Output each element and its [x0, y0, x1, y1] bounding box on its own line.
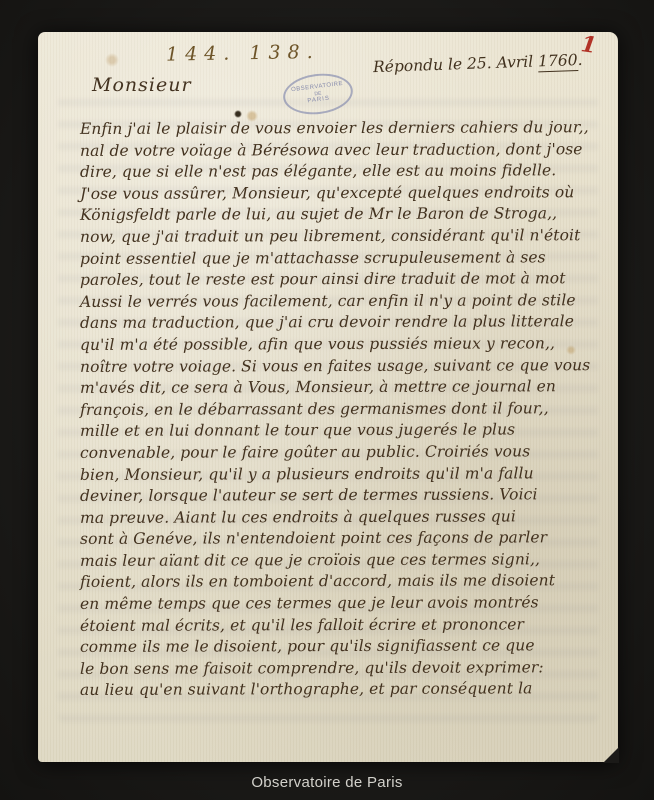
handwritten-line: J'ose vous assûrer, Monsieur, qu'excepté… — [80, 182, 617, 205]
handwritten-line: Enfin j'ai le plaisir de vous envoier le… — [80, 117, 617, 140]
handwritten-line: paroles, tout le reste est pour ainsi di… — [80, 268, 617, 291]
handwritten-line: mais leur aïant dit ce que je croïois qu… — [80, 549, 617, 572]
handwritten-line: Königsfeldt parle de lui, au sujet de Mr… — [80, 203, 617, 226]
photo-caption: Observatoire de Paris — [0, 774, 654, 791]
handwritten-line: étoient mal écrits, et qu'il les falloit… — [80, 614, 617, 637]
handwritten-line: nal de votre voïage à Bérésowa avec leur… — [80, 139, 617, 162]
reply-annotation-text: Répondu le 25. Avril — [373, 52, 539, 76]
handwritten-line: françois, en le débarrassant des germani… — [80, 398, 617, 421]
handwritten-line: au lieu qu'en suivant l'orthographe, et … — [80, 679, 617, 702]
letter-body: Enfin j'ai le plaisir de vous envoier le… — [80, 118, 617, 701]
handwritten-line: Aussi le verrés vous facilement, car enf… — [80, 290, 617, 313]
salutation: Monsieur — [92, 74, 192, 96]
handwritten-line: le bon sens me faisoit comprendre, qu'il… — [80, 657, 617, 680]
handwritten-line: sont à Genéve, ils n'entendoient point c… — [80, 527, 617, 550]
handwritten-line: noître votre voiage. Si vous en faites u… — [80, 355, 617, 378]
archival-numbers: 144. 138. — [166, 40, 346, 65]
handwritten-line: mille et en lui donnant le tour que vous… — [80, 419, 617, 442]
handwritten-line: point essentiel que je m'attachasse scru… — [80, 247, 617, 270]
handwritten-line: en même temps que ces termes que je leur… — [80, 592, 617, 615]
handwritten-line: qu'il m'a été possible, afin que vous pu… — [80, 333, 617, 356]
handwritten-line: fioient, alors ils en tomboient d'accord… — [80, 571, 617, 594]
handwritten-line: convenable, pour le faire goûter au publ… — [80, 441, 617, 464]
reply-annotation-year: 1760 — [538, 51, 578, 72]
handwritten-line: now, que j'ai traduit un peu librement, … — [80, 225, 617, 248]
reply-annotation: Répondu le 25. Avril 1760. — [373, 50, 613, 76]
handwritten-line: dire, que si elle n'est pas élégante, el… — [80, 160, 617, 183]
handwritten-line: deviner, lorsque l'auteur se sert de ter… — [80, 484, 617, 507]
handwritten-line: bien, Monsieur, qu'il y a plusieurs endr… — [80, 463, 617, 486]
handwritten-line: m'avés dit, ce sera à Vous, Monsieur, à … — [80, 376, 617, 399]
handwritten-line: comme ils me le disoient, pour qu'ils si… — [80, 635, 617, 658]
handwritten-line: ma preuve. Aiant lu ces endroits à quelq… — [80, 506, 617, 529]
stamp-line-3: PARIS — [307, 96, 330, 106]
manuscript-paper: 144. 138. Répondu le 25. Avril 1760. 1 M… — [38, 32, 618, 762]
photo-background: { "photo": { "archival_numbers": "144. 1… — [0, 0, 654, 800]
handwritten-line: dans ma traduction, que j'ai cru devoir … — [80, 311, 617, 334]
paper-corner-notch — [603, 747, 619, 763]
